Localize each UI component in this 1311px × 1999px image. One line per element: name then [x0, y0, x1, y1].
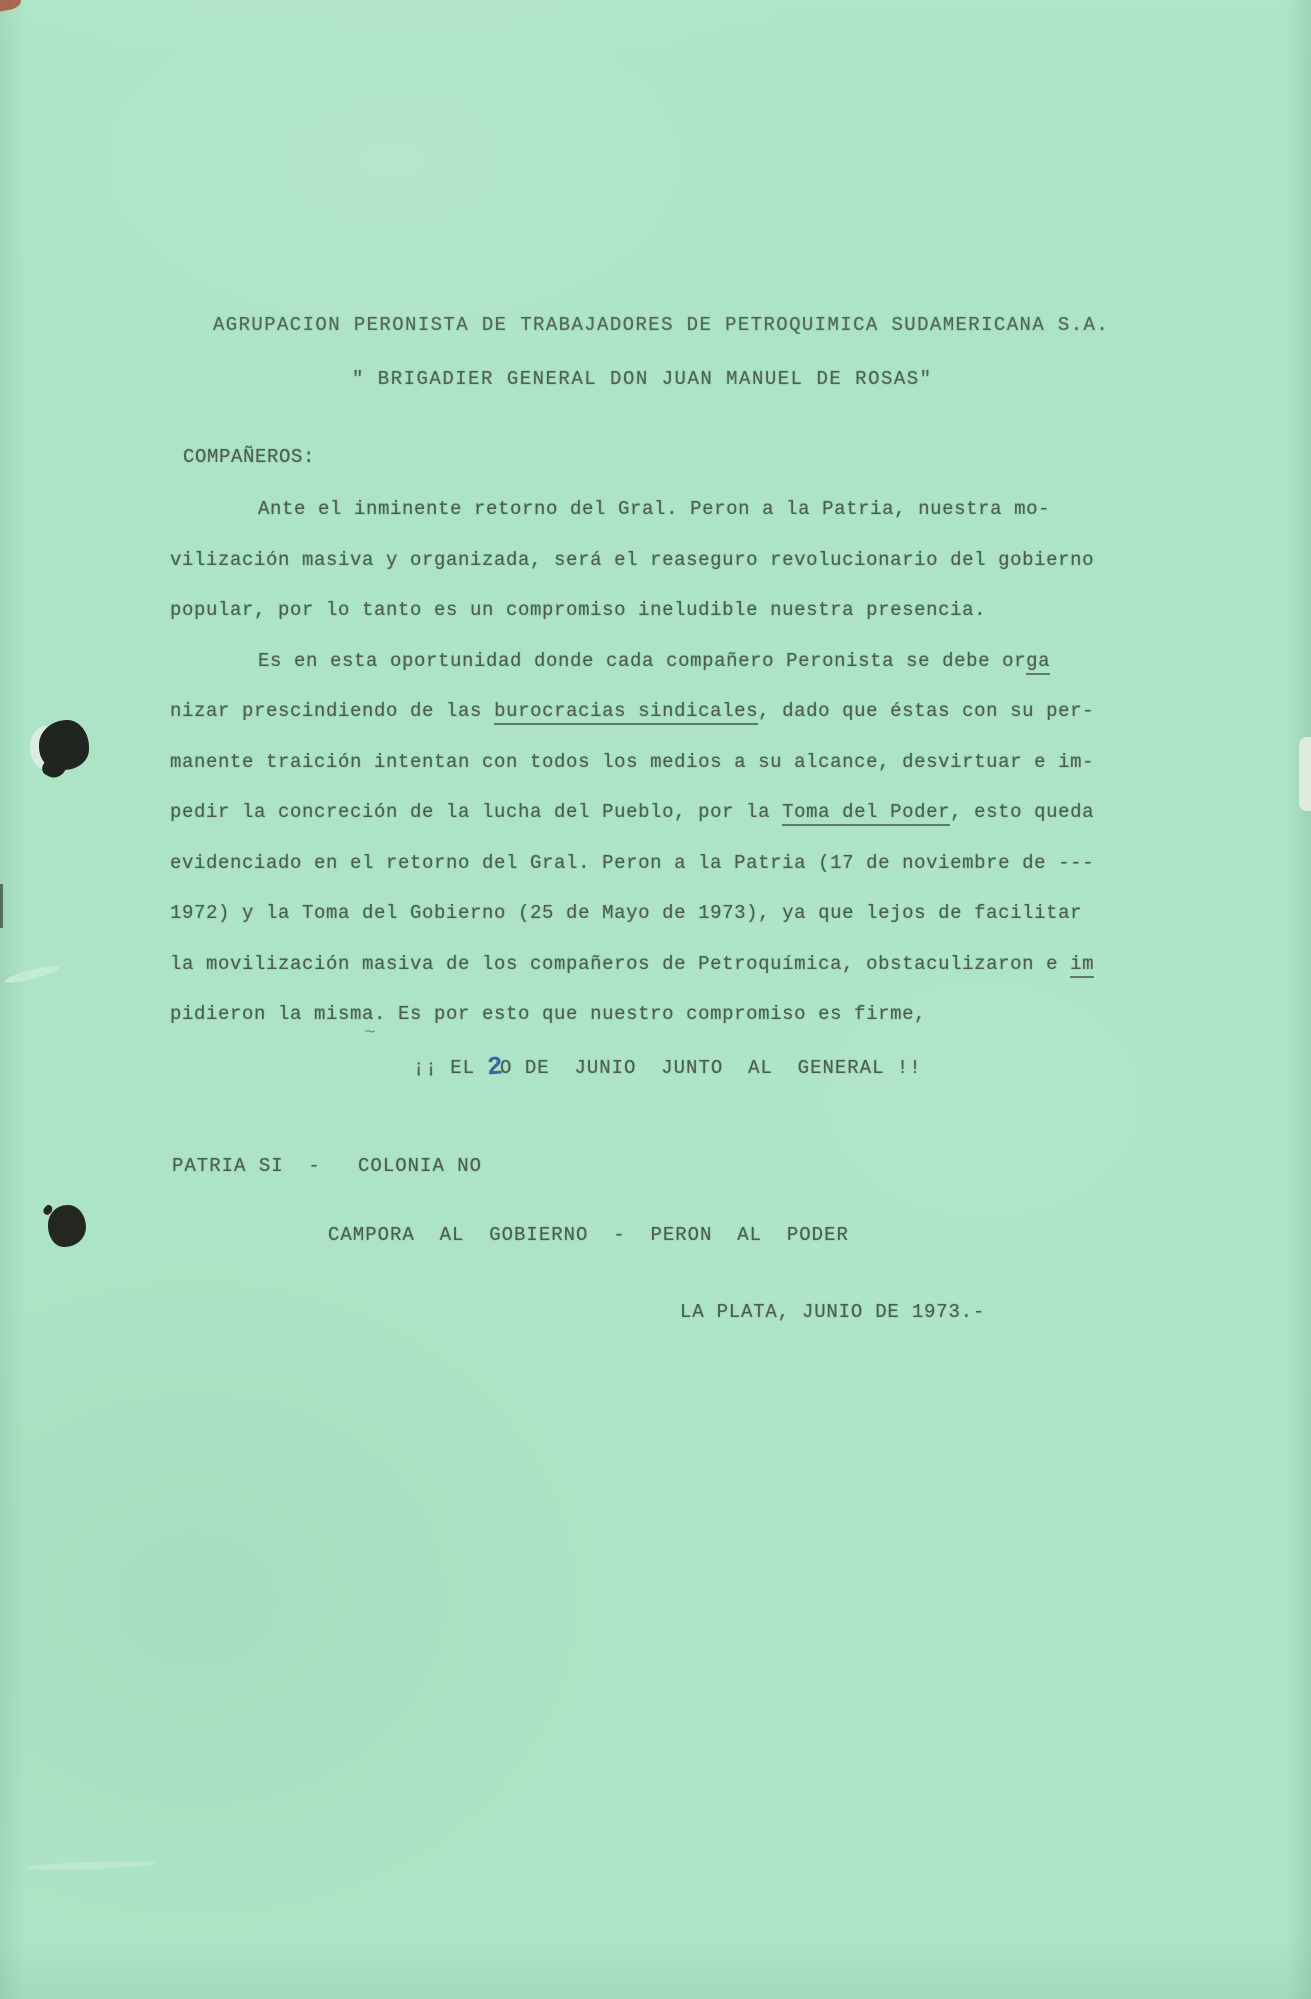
text-segment: , esto queda: [950, 801, 1094, 823]
handwritten-blue-2: 2: [486, 1051, 505, 1082]
document-line: pedir la concreción de la lucha del Pueb…: [170, 787, 1094, 838]
slogan-suffix: O DE JUNIO JUNTO AL GENERAL !!: [500, 1057, 922, 1079]
text-segment: , dado que éstas con su per-: [758, 700, 1094, 722]
text-segment: Es en esta oportunidad donde cada compañ…: [258, 650, 1026, 672]
document-line: manente traición intentan con todos los …: [170, 737, 1094, 788]
text-segment: pidieron la misma. Es por esto que nuest…: [170, 1003, 926, 1025]
document-line: 1972) y la Toma del Gobierno (25 de Mayo…: [170, 888, 1094, 939]
document-line: nizar prescindiendo de las burocracias s…: [170, 686, 1094, 737]
document-line: Es en esta oportunidad donde cada compañ…: [170, 636, 1094, 687]
left-edge-mark: [0, 884, 3, 928]
left-edge-scratch: [4, 963, 61, 985]
ink-blot-lower: [48, 1205, 86, 1247]
document-title: AGRUPACION PERONISTA DE TRABAJADORES DE …: [213, 314, 1109, 336]
text-segment: manente traición intentan con todos los …: [170, 751, 1094, 773]
body-lines: Ante el inminente retorno del Gral. Pero…: [170, 484, 1094, 1040]
text-segment: pedir la concreción de la lucha del Pueb…: [170, 801, 782, 823]
text-segment: 1972) y la Toma del Gobierno (25 de Mayo…: [170, 902, 1082, 924]
text-segment: vilización masiva y organizada, será el …: [170, 549, 1094, 571]
document-line: la movilización masiva de los compañeros…: [170, 939, 1094, 990]
underlined-text-segment: im: [1070, 953, 1094, 978]
document-line: evidenciado en el retorno del Gral. Pero…: [170, 838, 1094, 889]
slogan-june-20: ¡¡ EL 2O DE JUNIO JUNTO AL GENERAL !!: [413, 1051, 922, 1081]
salutation: COMPAÑEROS:: [183, 446, 315, 468]
text-segment: la movilización masiva de los compañeros…: [170, 953, 1070, 975]
underlined-text-segment: Toma del Poder: [782, 801, 950, 826]
document-line: vilización masiva y organizada, será el …: [170, 535, 1094, 586]
pencil-tilde-mark: ~: [364, 1022, 377, 1045]
underlined-text-segment: burocracias sindicales: [494, 700, 758, 725]
text-segment: popular, por lo tanto es un compromiso i…: [170, 599, 986, 621]
bottom-left-scratch: [26, 1860, 156, 1872]
underlined-text-segment: ga: [1026, 650, 1050, 675]
slogan-patria-si: PATRIA SI - COLONIA NO: [172, 1155, 482, 1177]
slogan-prefix: ¡¡ EL: [413, 1057, 487, 1079]
document-page: AGRUPACION PERONISTA DE TRABAJADORES DE …: [0, 0, 1311, 1999]
document-line: popular, por lo tanto es un compromiso i…: [170, 585, 1094, 636]
document-line: pidieron la misma. Es por esto que nuest…: [170, 989, 1094, 1040]
text-segment: Ante el inminente retorno del Gral. Pero…: [258, 498, 1050, 520]
red-corner-smudge: [0, 0, 22, 12]
slogan-campora-peron: CAMPORA AL GOBIERNO - PERON AL PODER: [328, 1224, 849, 1246]
dateline: LA PLATA, JUNIO DE 1973.-: [680, 1301, 985, 1323]
document-line: Ante el inminente retorno del Gral. Pero…: [170, 484, 1094, 535]
text-segment: evidenciado en el retorno del Gral. Pero…: [170, 852, 1094, 874]
text-segment: nizar prescindiendo de las: [170, 700, 494, 722]
right-edge-tear: [1299, 737, 1311, 811]
document-subtitle: " BRIGADIER GENERAL DON JUAN MANUEL DE R…: [352, 368, 933, 390]
